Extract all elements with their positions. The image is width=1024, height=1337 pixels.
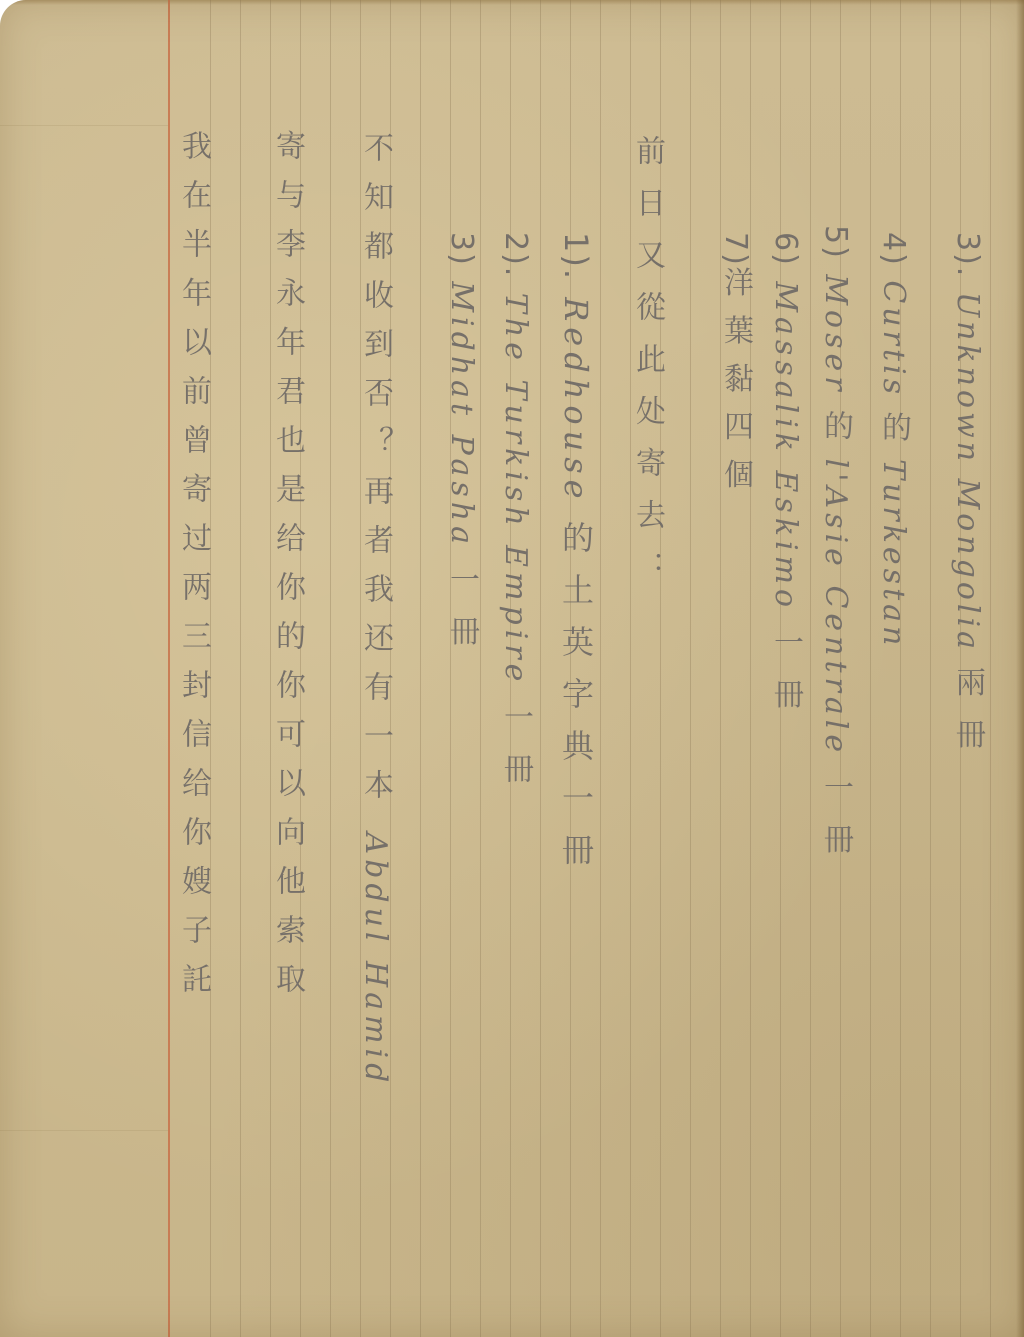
text-column-12: 我在半年以前曾寄过两三封信给你嫂子託	[178, 130, 208, 1012]
ruled-line	[900, 0, 901, 1337]
text-column-9: 3) Midhat Pasha 一冊	[446, 232, 476, 668]
list-number: 6)	[768, 232, 803, 267]
ruled-line	[600, 0, 601, 1337]
list-number: 7)	[718, 232, 753, 267]
list-number: 1).	[557, 232, 595, 281]
text-column-8: 2). The Turkish Empire 一冊	[500, 232, 530, 805]
ruled-line	[720, 0, 721, 1337]
text-column-5: 7)洋葉黏四個	[720, 232, 750, 507]
author: Redhouse	[557, 281, 595, 521]
body-text: 我在半年以前曾寄过两三封信给你嫂子託	[176, 130, 211, 1012]
book-title: Unknown Mongolia	[950, 278, 985, 666]
ruled-line	[870, 0, 871, 1337]
text-column-6: 前日又從此处寄去：	[632, 135, 662, 603]
text-column-2: 4) Curtis 的 Turkestan	[878, 232, 908, 649]
section-heading: 前日又從此处寄去：	[630, 135, 665, 603]
book-title: The Turkish Empire	[498, 278, 533, 701]
text-column-3: 5) Moser 的 l'Asie Centrale 一冊	[820, 225, 850, 876]
text-column-10: 不知都收到否？再者我还有一本 Abdul Hamid	[360, 132, 390, 1087]
quantity: 兩冊	[950, 667, 985, 771]
possessive: 的	[876, 412, 911, 446]
quantity: 一冊	[818, 772, 853, 876]
red-margin-line	[168, 0, 170, 1337]
text-column-7: 1). Redhouse 的土英字典一冊	[560, 232, 592, 885]
ruled-line	[750, 0, 751, 1337]
quantity: 一冊	[498, 701, 533, 805]
book-title: Abdul Hamid	[358, 818, 393, 1087]
notebook-page: 3). Unknown Mongolia 兩冊 4) Curtis 的 Turk…	[0, 0, 1024, 1337]
quantity: 一冊	[768, 627, 803, 731]
ruled-line	[810, 0, 811, 1337]
margin-crease	[0, 125, 168, 126]
list-number: 2).	[498, 232, 533, 278]
ruled-line	[930, 0, 931, 1337]
margin-crease	[0, 1130, 168, 1131]
body-text: 不知都收到否？再者我还有一本	[358, 132, 393, 818]
author: Moser	[818, 260, 853, 410]
book-title: Midhat Pasha	[444, 267, 479, 564]
possessive: 的	[818, 410, 853, 444]
book-title: l'Asie Centrale	[818, 444, 853, 772]
ruled-line	[240, 0, 241, 1337]
author: Curtis	[876, 267, 911, 412]
text-column-4: 6) Massalik Eskimo 一冊	[770, 232, 800, 731]
ruled-line	[480, 0, 481, 1337]
book-title: Turkestan	[876, 446, 911, 650]
ruled-line	[990, 0, 991, 1337]
ruled-line	[540, 0, 541, 1337]
list-number: 5)	[818, 225, 853, 260]
text-column-1: 3). Unknown Mongolia 兩冊	[952, 232, 982, 771]
body-text: 寄与李永年君也是给你的你可以向他索取	[270, 130, 305, 1012]
page-right-edge	[1016, 0, 1024, 1337]
ruled-line	[420, 0, 421, 1337]
ruled-line	[330, 0, 331, 1337]
text-column-11: 寄与李永年君也是给你的你可以向他索取	[272, 130, 302, 1012]
list-number: 4)	[876, 232, 911, 267]
book-title: 的土英字典一冊	[557, 521, 595, 885]
ruled-line	[450, 0, 451, 1337]
list-number: 3)	[444, 232, 479, 267]
list-number: 3).	[950, 232, 985, 278]
book-title: Massalik Eskimo	[768, 267, 803, 627]
item-text: 洋葉黏四個	[718, 267, 753, 507]
quantity: 一冊	[444, 564, 479, 668]
ruled-line	[690, 0, 691, 1337]
